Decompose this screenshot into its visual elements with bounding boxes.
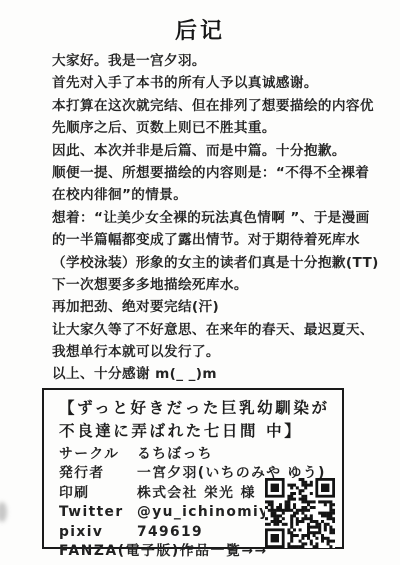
pixiv-id: 749619 — [137, 523, 203, 542]
afterword-line: 在校内徘徊”的情景。 — [52, 184, 392, 206]
afterword-line: 让大家久等了不好意思、在来年的春天、最迟夏天、 — [52, 319, 392, 341]
afterword-body: 大家好。我是一宫夕羽。 首先对入手了本书的所有人予以真诚感谢。 本打算在这次就完… — [52, 50, 392, 386]
afterword-line: 顺便一提、所想要描绘的内容则是：“不得不全裸着 — [52, 162, 392, 184]
printer-value: 株式会社 栄光 様 — [137, 484, 256, 503]
scan-artifact — [0, 502, 7, 522]
circle-value: るちぼっち — [137, 445, 213, 464]
afterword-line: 的一半篇幅都变成了露出情节。对于期待着死库水 — [52, 229, 392, 251]
printer-label: 印刷 — [59, 484, 137, 503]
afterword-page: 后记 大家好。我是一宫夕羽。 首先对入手了本书的所有人予以真诚感谢。 本打算在这… — [0, 0, 400, 565]
afterword-line: 首先对入手了本书的所有人予以真诚感谢。 — [52, 72, 392, 94]
afterword-line: 我想单行本就可以发行了。 — [52, 341, 392, 363]
twitter-label: Twitter — [59, 503, 137, 522]
afterword-line: 先顺序之后、页数上则已不胜其重。 — [52, 117, 392, 139]
book-title-line-1: 【ずっと好きだった巨乳幼馴染が — [59, 397, 342, 420]
page-title: 后记 — [0, 14, 400, 45]
afterword-line: 想着：“让美少女全裸的玩法真色情啊 ”、于是漫画 — [52, 207, 392, 229]
pixiv-label: pixiv — [59, 523, 137, 542]
afterword-line: 因此、本次并非是后篇、而是中篇。十分抱歉。 — [52, 140, 392, 162]
book-title-line-2: 不良達に弄ばれた七日間 中】 — [59, 420, 342, 443]
circle-label: サークル — [59, 445, 137, 464]
afterword-line: 再加把劲、绝对要完结(汗) — [52, 296, 392, 318]
circle-row: サークル るちぼっち — [59, 445, 342, 464]
publisher-label: 発行者 — [59, 464, 137, 483]
afterword-line: 本打算在这次就完结、但在排列了想要描绘的内容优 — [52, 95, 392, 117]
afterword-line: 以上、十分感谢 m(_ _)m — [52, 363, 392, 385]
afterword-line: 大家好。我是一宫夕羽。 — [52, 50, 392, 72]
afterword-line: 下一次想要多多地描绘死库水。 — [52, 274, 392, 296]
afterword-line: （学校泳装）形象的女主的读者们真是十分抱歉(TT) — [52, 252, 392, 274]
twitter-handle: @yu_ichinomiya — [137, 503, 280, 522]
qr-code-icon — [265, 478, 335, 548]
colophon-box: 【ずっと好きだった巨乳幼馴染が 不良達に弄ばれた七日間 中】 サークル るちぼっ… — [42, 388, 344, 549]
